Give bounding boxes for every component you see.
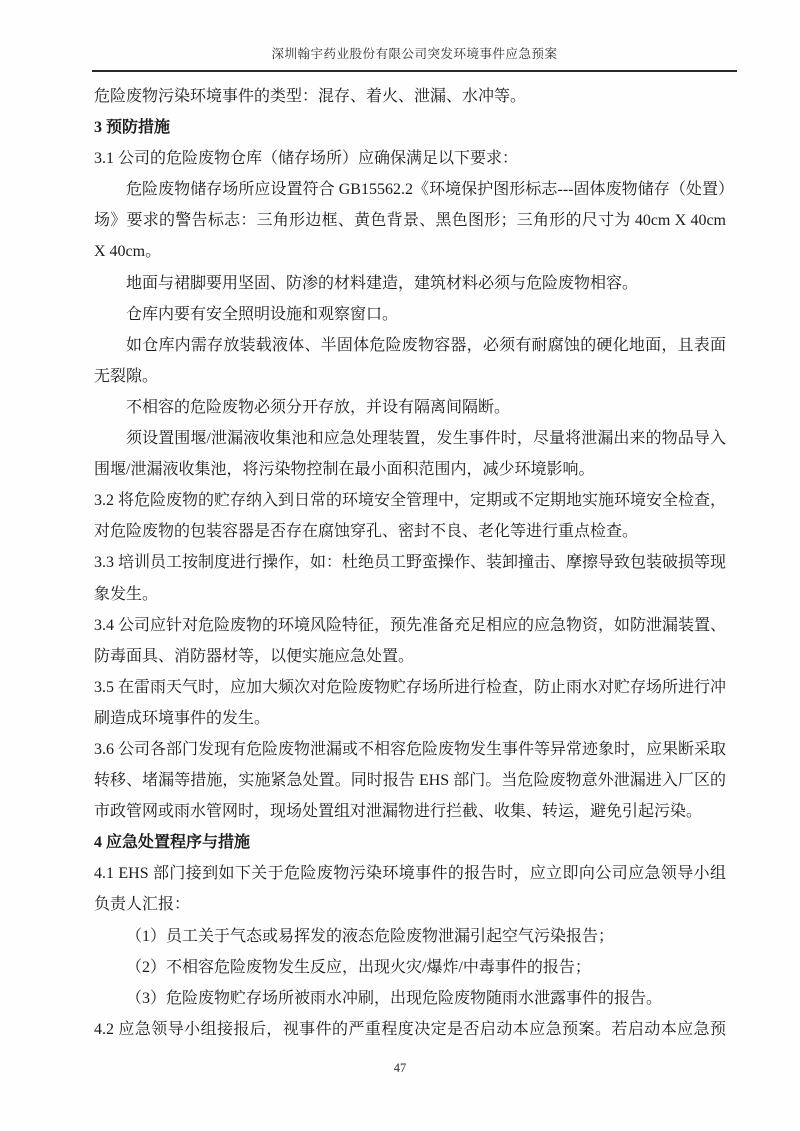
section-heading-3: 3 预防措施: [94, 112, 726, 143]
paragraph-incompatible: 不相容的危险废物必须分开存放，并设有隔离间隔断。: [94, 392, 726, 423]
list-item-1: （1）员工关于气态或易挥发的液态危险废物泄漏引起空气污染报告；: [94, 921, 726, 952]
paragraph-liquid-waste: 如仓库内需存放装载液体、半固体危险废物容器，必须有耐腐蚀的硬化地面，且表面无裂隙…: [94, 330, 726, 392]
paragraph-3-4: 3.4 公司应针对危险废物的环境风险特征，预先准备充足相应的应急物资，如防泄漏装…: [94, 610, 726, 672]
document-page: 深圳翰宇药业股份有限公司突发环境事件应急预案 危险废物污染环境事件的类型：混存、…: [0, 0, 800, 1131]
list-item-2: （2）不相容危险废物发生反应，出现火灾/爆炸/中毒事件的报告；: [94, 952, 726, 983]
section-heading-4: 4 应急处置程序与措施: [94, 827, 726, 858]
page-number: 47: [394, 1061, 407, 1075]
paragraph-3-3: 3.3 培训员工按制度进行操作，如：杜绝员工野蛮操作、装卸撞击、摩擦导致包装破损…: [94, 547, 726, 609]
paragraph-3-6: 3.6 公司各部门发现有危险废物泄漏或不相容危险废物发生事件等异常迹象时，应果断…: [94, 734, 726, 827]
paragraph-warning-signs: 危险废物储存场所应设置符合 GB15562.2《环境保护图形标志---固体废物储…: [94, 174, 726, 267]
list-item-3: （3）危险废物贮存场所被雨水冲刷，出现危险废物随雨水泄露事件的报告。: [94, 983, 726, 1014]
paragraph-3-1: 3.1 公司的危险废物仓库（储存场所）应确保满足以下要求：: [94, 143, 726, 174]
page-header: 深圳翰宇药业股份有限公司突发环境事件应急预案: [92, 44, 737, 72]
paragraph-4-2: 4.2 应急领导小组接报后，视事件的严重程度决定是否启动本应急预案。若启动本应急…: [94, 1014, 726, 1045]
paragraph-3-2: 3.2 将危险废物的贮存纳入到日常的环境安全管理中，定期或不定期地实施环境安全检…: [94, 485, 726, 547]
header-title: 深圳翰宇药业股份有限公司突发环境事件应急预案: [271, 47, 557, 61]
paragraph-bund-pool: 须设置围堰/泄漏液收集池和应急处理装置，发生事件时，尽量将泄漏出来的物品导入围堰…: [94, 423, 726, 485]
paragraph-incident-types: 危险废物污染环境事件的类型：混存、着火、泄漏、水冲等。: [94, 81, 726, 112]
document-body: 危险废物污染环境事件的类型：混存、着火、泄漏、水冲等。 3 预防措施 3.1 公…: [94, 81, 726, 1045]
paragraph-3-5: 3.5 在雷雨天气时，应加大频次对危险废物贮存场所进行检查，防止雨水对贮存场所进…: [94, 672, 726, 734]
paragraph-floor-material: 地面与裙脚要用坚固、防渗的材料建造，建筑材料必须与危险废物相容。: [94, 268, 726, 299]
page-footer: 47: [0, 1061, 800, 1076]
paragraph-4-1: 4.1 EHS 部门接到如下关于危险废物污染环境事件的报告时，应立即向公司应急领…: [94, 858, 726, 920]
paragraph-lighting: 仓库内要有安全照明设施和观察窗口。: [94, 299, 726, 330]
